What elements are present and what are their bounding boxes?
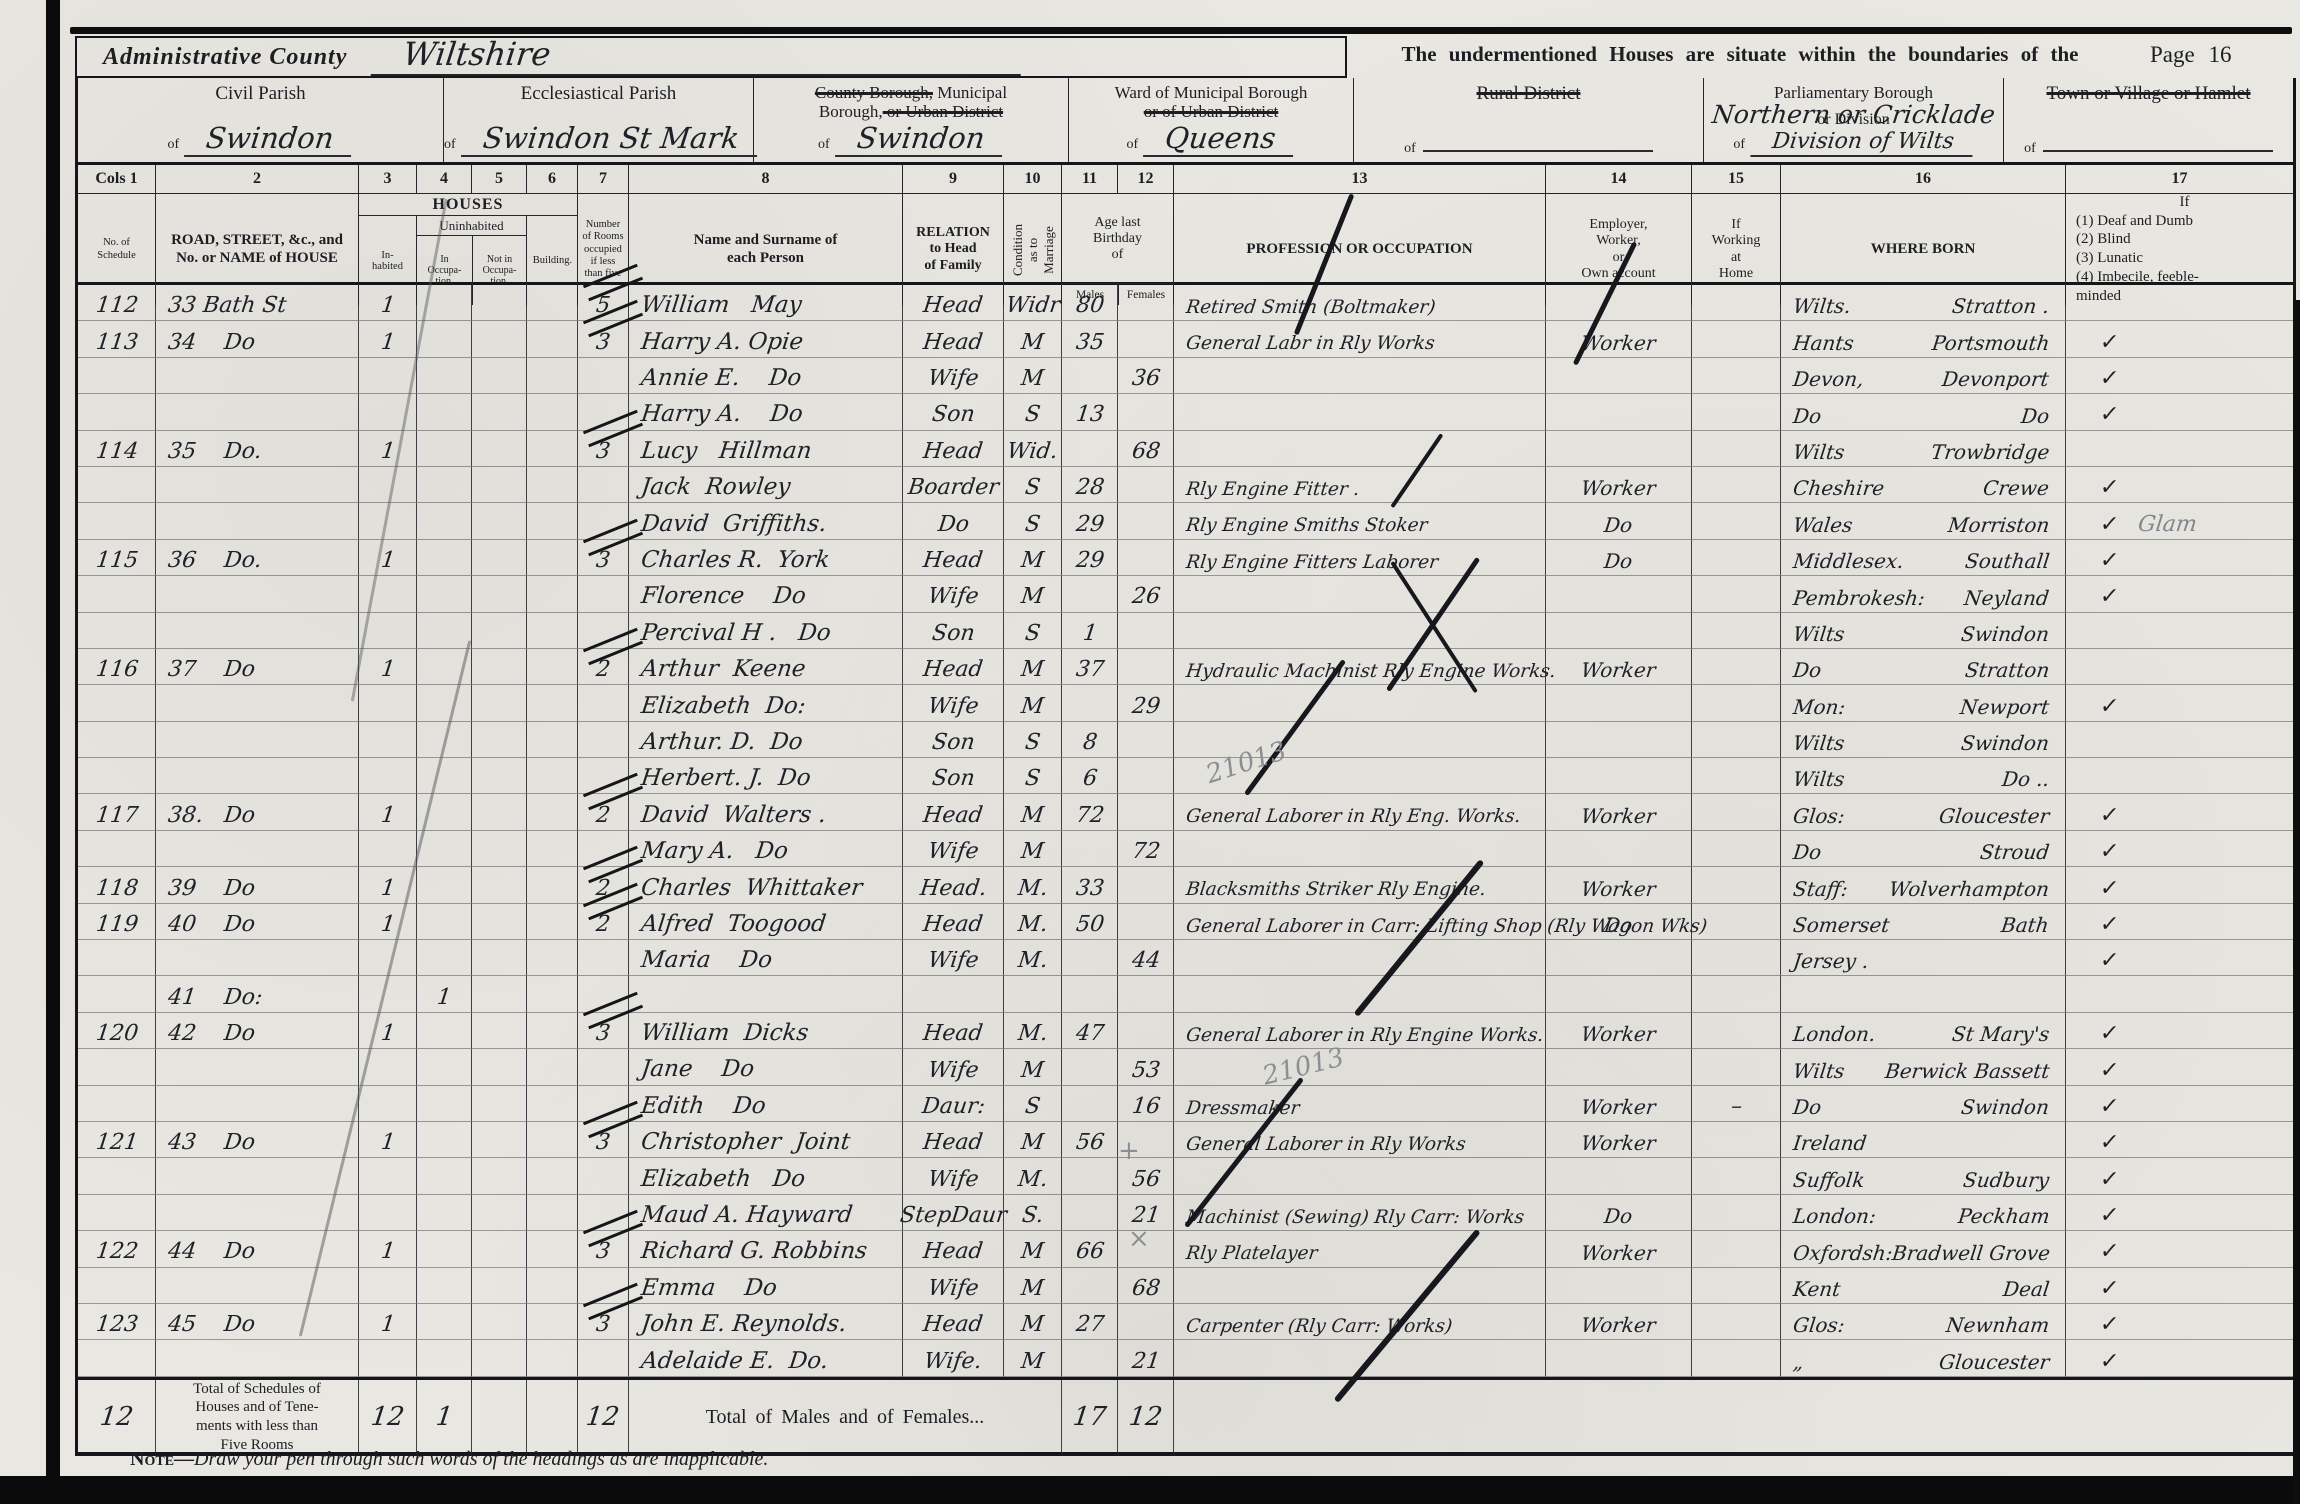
cell-uninhabited-occupied: [416, 576, 471, 612]
cell-uninhabited-not-occupied: [471, 1086, 526, 1122]
cell-uninhabited-not-occupied: [471, 1013, 526, 1049]
total-schedules: 12: [78, 1380, 155, 1455]
cell-road: [155, 831, 358, 867]
cell-uninhabited-occupied: [416, 1304, 471, 1340]
cell-name: Arthur Keene: [628, 649, 902, 685]
cell-where-born: WiltsSwindon: [1780, 613, 2065, 649]
borough-label-line2: Borough, or Urban District: [754, 102, 1068, 121]
cell-age-female: [1117, 649, 1173, 685]
cell-uninhabited-occupied: [416, 685, 471, 721]
cell-schedule-no: [78, 1340, 155, 1376]
cell-name: William May: [628, 285, 902, 321]
total-females: 12: [1117, 1380, 1173, 1455]
cell-where-born: London.St Mary's: [1780, 1013, 2065, 1049]
cell-building: [526, 1049, 577, 1085]
cell-age-male: 29: [1061, 540, 1117, 576]
cell-uninhabited-not-occupied: [471, 976, 526, 1012]
cell-occupation: General Labr in Rly Works: [1173, 321, 1545, 357]
cell-employer: Worker: [1545, 794, 1691, 830]
cell-age-female: 44: [1117, 940, 1173, 976]
borough-box: County Borough, Municipal Borough, or Ur…: [753, 78, 1068, 162]
cell-employer: [1545, 1268, 1691, 1304]
cell-employer: [1545, 1049, 1691, 1085]
cell-name: Alfred Toogood: [628, 904, 902, 940]
cell-where-born: SomersetBath: [1780, 904, 2065, 940]
cell-building: [526, 1122, 577, 1158]
cell-road: 43 Do: [155, 1122, 358, 1158]
colnum-13: 13: [1173, 165, 1545, 193]
cell-road: [155, 576, 358, 612]
cell-inhabited: [358, 1268, 416, 1304]
cell-where-born: Glos:Gloucester: [1780, 794, 2065, 830]
cell-schedule-no: 120: [78, 1013, 155, 1049]
cell-building: [526, 794, 577, 830]
cell-employer: Worker: [1545, 467, 1691, 503]
table-row: Florence DoWifeM26Pembrokesh:Neyland✓: [78, 576, 2293, 612]
cell-uninhabited-occupied: [416, 503, 471, 539]
cell-building: [526, 722, 577, 758]
cell-rooms: 3: [577, 1122, 628, 1158]
cell-age-female: 36: [1117, 358, 1173, 394]
cell-where-born: London:Peckham: [1780, 1195, 2065, 1231]
cell-employer: [1545, 1340, 1691, 1376]
cell-occupation: Hydraulic Machinist Rly Engine Works.: [1173, 649, 1545, 685]
table-row: Mary A. DoWifeM72DoStroud✓: [78, 831, 2293, 867]
census-rows: 11233 Bath St15William MayHeadWidr80Reti…: [78, 285, 2293, 1377]
cell-where-born: WiltsSwindon: [1780, 722, 2065, 758]
cell-employer: Worker: [1545, 1304, 1691, 1340]
cell-uninhabited-occupied: [416, 431, 471, 467]
cell-condition: M: [1003, 1231, 1061, 1267]
cell-working-home: [1691, 1231, 1780, 1267]
cell-condition: M: [1003, 831, 1061, 867]
cell-working-home: [1691, 758, 1780, 794]
cell-working-home: [1691, 831, 1780, 867]
colnum-2: 2: [155, 165, 358, 193]
header-infirmity-item-3: (3) Lunatic: [2076, 249, 2143, 268]
table-row: 11334 Do13Harry A. OpieHeadM35General La…: [78, 321, 2293, 357]
cell-inhabited: 1: [358, 1122, 416, 1158]
cell-uninhabited-not-occupied: [471, 394, 526, 430]
pencil-annotation: ×: [1128, 1224, 1150, 1254]
of-prefix: of: [444, 137, 456, 152]
cell-uninhabited-not-occupied: [471, 867, 526, 903]
cell-inhabited: 1: [358, 794, 416, 830]
table-row: Harry A. DoSonS13DoDo✓: [78, 394, 2293, 430]
colnum-4: 4: [416, 165, 471, 193]
cell-uninhabited-occupied: [416, 1268, 471, 1304]
cell-infirmity: [2065, 649, 2293, 685]
cell-road: 38. Do: [155, 794, 358, 830]
cell-schedule-no: [78, 1158, 155, 1194]
cell-name: Emma Do: [628, 1268, 902, 1304]
cell-age-female: [1117, 1304, 1173, 1340]
cell-where-born: Jersey .: [1780, 940, 2065, 976]
cell-schedule-no: 119: [78, 904, 155, 940]
cell-uninhabited-occupied: [416, 1049, 471, 1085]
cell-building: [526, 976, 577, 1012]
cell-rooms: [577, 685, 628, 721]
cell-building: [526, 1268, 577, 1304]
cell-where-born: Mon:Newport: [1780, 685, 2065, 721]
table-row: Elizabeth DoWifeM.56SuffolkSudbury✓: [78, 1158, 2293, 1194]
borough-value: Swindon: [835, 123, 1007, 157]
table-row: 11940 Do12Alfred ToogoodHeadM.50General …: [78, 904, 2293, 940]
cell-road: [155, 503, 358, 539]
cell-relation: Wife: [902, 685, 1003, 721]
cell-condition: M.: [1003, 940, 1061, 976]
cell-inhabited: [358, 722, 416, 758]
cell-schedule-no: [78, 613, 155, 649]
cell-infirmity: ✓: [2065, 1158, 2293, 1194]
cell-schedule-no: 114: [78, 431, 155, 467]
cell-building: [526, 904, 577, 940]
cell-inhabited: 1: [358, 1013, 416, 1049]
cell-working-home: [1691, 904, 1780, 940]
cell-uninhabited-not-occupied: [471, 1340, 526, 1376]
cell-name: Lucy Hillman: [628, 431, 902, 467]
cell-building: [526, 685, 577, 721]
of-prefix: of: [167, 137, 179, 152]
cell-relation: Son: [902, 758, 1003, 794]
table-row: 12143 Do13Christopher JointHeadM56Genera…: [78, 1122, 2293, 1158]
cell-age-female: [1117, 758, 1173, 794]
colnum-3: 3: [358, 165, 416, 193]
cell-age-female: [1117, 1013, 1173, 1049]
cell-age-female: 16: [1117, 1086, 1173, 1122]
cell-building: [526, 1340, 577, 1376]
cell-working-home: [1691, 1340, 1780, 1376]
cell-road: [155, 1158, 358, 1194]
cell-schedule-no: 116: [78, 649, 155, 685]
cell-road: [155, 722, 358, 758]
pencil-annotation: +: [1118, 1136, 1140, 1166]
cell-inhabited: 1: [358, 321, 416, 357]
cell-rooms: [577, 358, 628, 394]
cell-age-female: [1117, 540, 1173, 576]
cell-uninhabited-occupied: [416, 940, 471, 976]
total-building: [526, 1380, 577, 1455]
header-uninhabited: Uninhabited: [417, 216, 526, 236]
cell-working-home: [1691, 867, 1780, 903]
civil-parish-label: Civil Parish: [78, 83, 443, 104]
cell-uninhabited-occupied: [416, 358, 471, 394]
cell-uninhabited-not-occupied: [471, 904, 526, 940]
cell-name: Jack Rowley: [628, 467, 902, 503]
cell-occupation: [1173, 613, 1545, 649]
cell-relation: Boarder: [902, 467, 1003, 503]
administrative-county-box: Administrative County Wiltshire: [75, 36, 1347, 78]
cell-infirmity: ✓: [2065, 321, 2293, 357]
cell-age-female: 68: [1117, 431, 1173, 467]
cell-road: 42 Do: [155, 1013, 358, 1049]
table-row: 12042 Do13William DicksHeadM.47General L…: [78, 1013, 2293, 1049]
cell-age-male: 66: [1061, 1231, 1117, 1267]
cell-age-female: [1117, 794, 1173, 830]
cell-infirmity: ✓: [2065, 394, 2293, 430]
cell-occupation: Dressmaker: [1173, 1086, 1545, 1122]
cell-age-male: 29: [1061, 503, 1117, 539]
cell-age-male: [1061, 1049, 1117, 1085]
cell-rooms: 3: [577, 431, 628, 467]
ecclesiastical-parish-value: Swindon St Mark: [461, 123, 761, 157]
table-row: David Griffiths.DoS29Rly Engine Smiths S…: [78, 503, 2293, 539]
cell-name: Elizabeth Do: [628, 1158, 902, 1194]
undermentioned-text: The undermentioned Houses are situate wi…: [1355, 42, 2125, 67]
scan-edge-left: [46, 0, 60, 1504]
cell-building: [526, 576, 577, 612]
cell-uninhabited-not-occupied: [471, 758, 526, 794]
cell-schedule-no: [78, 1195, 155, 1231]
cell-road: [155, 358, 358, 394]
cell-occupation: Machinist (Sewing) Rly Carr: Works: [1173, 1195, 1545, 1231]
cell-occupation: [1173, 685, 1545, 721]
cell-name: Jane Do: [628, 1049, 902, 1085]
cell-employer: [1545, 613, 1691, 649]
cell-condition: M.: [1003, 1158, 1061, 1194]
cell-infirmity: [2065, 758, 2293, 794]
cell-age-male: 33: [1061, 867, 1117, 903]
cell-employer: [1545, 722, 1691, 758]
census-sheet: Administrative County Wiltshire The unde…: [0, 0, 2300, 1504]
cell-schedule-no: [78, 576, 155, 612]
cell-working-home: [1691, 1195, 1780, 1231]
scan-edge-bottom: [0, 1476, 2300, 1504]
cell-age-female: 29: [1117, 685, 1173, 721]
cell-age-male: [1061, 576, 1117, 612]
cell-employer: Worker: [1545, 1086, 1691, 1122]
cell-building: [526, 1195, 577, 1231]
cell-occupation: General Laborer in Carr: Lifting Shop (R…: [1173, 904, 1545, 940]
cell-employer: Do: [1545, 1195, 1691, 1231]
cell-age-male: 47: [1061, 1013, 1117, 1049]
cell-uninhabited-not-occupied: [471, 1304, 526, 1340]
cell-relation: Wife.: [902, 1340, 1003, 1376]
cell-uninhabited-occupied: [416, 613, 471, 649]
cell-inhabited: [358, 467, 416, 503]
cell-employer: Do: [1545, 540, 1691, 576]
table-row: Emma DoWifeM68KentDeal✓: [78, 1268, 2293, 1304]
table-row: 11435 Do.13Lucy HillmanHeadWid.68WiltsTr…: [78, 431, 2293, 467]
cell-inhabited: [358, 358, 416, 394]
cell-working-home: [1691, 503, 1780, 539]
cell-employer: [1545, 431, 1691, 467]
cell-infirmity: [2065, 722, 2293, 758]
cell-name: Edith Do: [628, 1086, 902, 1122]
cell-age-female: [1117, 394, 1173, 430]
cell-building: [526, 503, 577, 539]
civil-parish-value: Swindon: [184, 123, 356, 157]
cell-name: David Walters .: [628, 794, 902, 830]
of-prefix: of: [1733, 137, 1745, 152]
cell-relation: Wife: [902, 358, 1003, 394]
cell-uninhabited-occupied: [416, 1122, 471, 1158]
cell-road: 33 Bath St: [155, 285, 358, 321]
cell-road: 44 Do: [155, 1231, 358, 1267]
of-prefix: of: [2024, 141, 2036, 156]
cell-working-home: [1691, 976, 1780, 1012]
header-age: Age last Birthday of: [1062, 194, 1173, 284]
cell-building: [526, 613, 577, 649]
cell-schedule-no: [78, 940, 155, 976]
table-row: Elizabeth Do:WifeM29Mon:Newport✓: [78, 685, 2293, 721]
cell-where-born: Ireland: [1780, 1122, 2065, 1158]
of-prefix: of: [1404, 141, 1416, 156]
cell-relation: [902, 976, 1003, 1012]
cell-relation: Head: [902, 1122, 1003, 1158]
cell-occupation: [1173, 576, 1545, 612]
ward-value: Queens: [1143, 123, 1298, 157]
colnum-1: Cols 1: [78, 165, 155, 193]
cell-schedule-no: [78, 1049, 155, 1085]
cell-infirmity: ✓: [2065, 576, 2293, 612]
cell-condition: M: [1003, 540, 1061, 576]
table-row: Arthur. D. DoSonS8WiltsSwindon: [78, 722, 2293, 758]
cell-employer: Do: [1545, 503, 1691, 539]
cell-employer: [1545, 976, 1691, 1012]
cell-infirmity: ✓: [2065, 685, 2293, 721]
colnum-14: 14: [1545, 165, 1691, 193]
cell-relation: Head: [902, 904, 1003, 940]
header-infirmity-title: If: [2180, 194, 2190, 212]
cell-rooms: [577, 576, 628, 612]
cell-schedule-no: [78, 503, 155, 539]
table-row: Percival H . DoSonS1WiltsSwindon: [78, 613, 2293, 649]
cell-name: Richard G. Robbins: [628, 1231, 902, 1267]
cell-condition: M: [1003, 1304, 1061, 1340]
cell-relation: Wife: [902, 940, 1003, 976]
total-inhabited: 12: [358, 1380, 416, 1455]
table-row: 12244 Do13Richard G. RobbinsHeadM66Rly P…: [78, 1231, 2293, 1267]
table-row: 12345 Do13John E. Reynolds.HeadM27Carpen…: [78, 1304, 2293, 1340]
cell-age-male: [1061, 1268, 1117, 1304]
of-prefix: of: [818, 137, 830, 152]
cell-uninhabited-occupied: [416, 467, 471, 503]
cell-age-female: [1117, 321, 1173, 357]
cell-where-born: Devon,Devonport: [1780, 358, 2065, 394]
cell-name: Herbert. J. Do: [628, 758, 902, 794]
cell-inhabited: [358, 1086, 416, 1122]
cell-age-male: [1061, 940, 1117, 976]
cell-employer: [1545, 394, 1691, 430]
cell-building: [526, 1013, 577, 1049]
cell-condition: S.: [1003, 1195, 1061, 1231]
cell-occupation: Blacksmiths Striker Rly Engine.: [1173, 867, 1545, 903]
column-headers: No. of Schedule ROAD, STREET, &c., and N…: [78, 194, 2293, 285]
cell-uninhabited-occupied: [416, 1195, 471, 1231]
cell-road: 37 Do: [155, 649, 358, 685]
cell-condition: M: [1003, 1122, 1061, 1158]
colnum-12: 12: [1117, 165, 1173, 193]
ward-box: Ward of Municipal Borough or of Urban Di…: [1068, 78, 1353, 162]
cell-age-female: [1117, 467, 1173, 503]
cell-occupation: Rly Engine Smiths Stoker: [1173, 503, 1545, 539]
cell-infirmity: ✓: [2065, 540, 2293, 576]
cell-uninhabited-not-occupied: [471, 940, 526, 976]
footer-note-body: Draw your pen through such words of the …: [194, 1448, 768, 1470]
borough-label: County Borough, Municipal: [754, 83, 1068, 102]
colnum-15: 15: [1691, 165, 1780, 193]
cell-age-male: [1061, 685, 1117, 721]
colnum-6: 6: [526, 165, 577, 193]
cell-rooms: 3: [577, 1304, 628, 1340]
colnum-10: 10: [1003, 165, 1061, 193]
cell-uninhabited-not-occupied: [471, 576, 526, 612]
cell-occupation: [1173, 358, 1545, 394]
cell-infirmity: ✓: [2065, 467, 2293, 503]
district-boxes: Civil Parish ofSwindon Ecclesiastical Pa…: [78, 78, 2293, 165]
cell-age-male: 6: [1061, 758, 1117, 794]
cell-inhabited: 1: [358, 1231, 416, 1267]
cell-rooms: [577, 722, 628, 758]
cell-schedule-no: [78, 722, 155, 758]
cell-uninhabited-not-occupied: [471, 358, 526, 394]
cell-uninhabited-not-occupied: [471, 1049, 526, 1085]
page-number: Page 16: [2150, 42, 2231, 68]
cell-relation: Head: [902, 285, 1003, 321]
cell-schedule-no: 117: [78, 794, 155, 830]
table-row: Edith DoDaur:S16DressmakerWorker–DoSwind…: [78, 1086, 2293, 1122]
cell-inhabited: 1: [358, 285, 416, 321]
cell-uninhabited-not-occupied: [471, 467, 526, 503]
cell-rooms: 2: [577, 794, 628, 830]
cell-relation: Son: [902, 722, 1003, 758]
cell-relation: Head: [902, 649, 1003, 685]
cell-condition: M: [1003, 1049, 1061, 1085]
cell-employer: [1545, 940, 1691, 976]
cell-infirmity: ✓: [2065, 1304, 2293, 1340]
town-village-box: Town or Village or Hamlet of: [2003, 78, 2293, 162]
cell-name: Florence Do: [628, 576, 902, 612]
cell-where-born: DoDo: [1780, 394, 2065, 430]
cell-uninhabited-occupied: [416, 321, 471, 357]
cell-where-born: Glos:Newnham: [1780, 1304, 2065, 1340]
cell-where-born: Middlesex.Southall: [1780, 540, 2065, 576]
cell-occupation: Carpenter (Rly Carr: Works): [1173, 1304, 1545, 1340]
cell-building: [526, 831, 577, 867]
cell-rooms: 2: [577, 649, 628, 685]
cell-road: 36 Do.: [155, 540, 358, 576]
cell-name: [628, 976, 902, 1012]
cell-condition: Wid.: [1003, 431, 1061, 467]
cell-schedule-no: 112: [78, 285, 155, 321]
cell-infirmity: ✓: [2065, 1013, 2293, 1049]
cell-infirmity: ✓: [2065, 358, 2293, 394]
cell-infirmity: ✓: [2065, 794, 2293, 830]
cell-name: Harry A. Do: [628, 394, 902, 430]
cell-working-home: [1691, 576, 1780, 612]
cell-working-home: [1691, 431, 1780, 467]
cell-schedule-no: 121: [78, 1122, 155, 1158]
cell-age-male: 1: [1061, 613, 1117, 649]
town-village-label: Town or Village or Hamlet: [2004, 83, 2293, 104]
cell-occupation: Retired Smith (Boltmaker): [1173, 285, 1545, 321]
cell-name: Adelaide E. Do.: [628, 1340, 902, 1376]
cell-uninhabited-occupied: [416, 1340, 471, 1376]
cell-rooms: 3: [577, 1013, 628, 1049]
town-village-value: [2043, 124, 2273, 152]
cell-occupation: [1173, 431, 1545, 467]
cell-condition: Widr: [1003, 285, 1061, 321]
cell-working-home: [1691, 685, 1780, 721]
cell-building: [526, 540, 577, 576]
cell-uninhabited-occupied: [416, 1158, 471, 1194]
cell-uninhabited-occupied: [416, 758, 471, 794]
cell-road: [155, 685, 358, 721]
cell-name: Christopher Joint: [628, 1122, 902, 1158]
cell-employer: Worker: [1545, 649, 1691, 685]
cell-occupation: Rly Engine Fitter .: [1173, 467, 1545, 503]
